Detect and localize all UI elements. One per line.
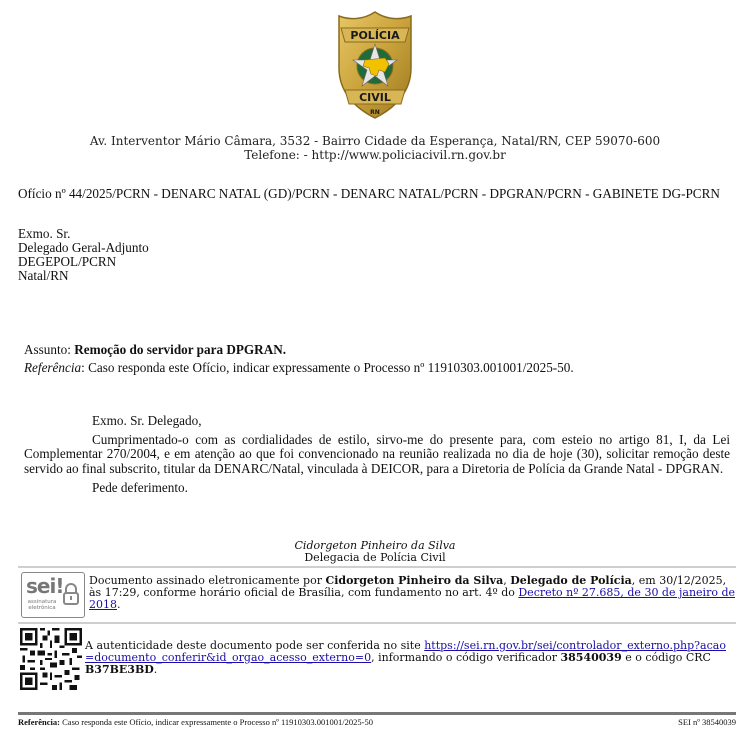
divider xyxy=(18,566,736,568)
signature-block: Cidorgeton Pinheiro da Silva Delegacia d… xyxy=(0,540,750,564)
divider xyxy=(18,622,736,624)
footer-reference-label: Referência: xyxy=(18,717,60,727)
closing: Pede deferimento. xyxy=(24,481,730,495)
oficio-number: Ofício nº 44/2025/PCRN - DENARC NATAL (G… xyxy=(18,187,738,201)
recipient-line: DEGEPOL/PCRN xyxy=(18,255,149,269)
reference-text: : Caso responda este Ofício, indicar exp… xyxy=(81,360,574,375)
institution-address: Av. Interventor Mário Câmara, 3532 - Bai… xyxy=(0,134,750,162)
subject-label: Assunto: xyxy=(24,342,71,357)
auth-text-end: . xyxy=(154,663,158,676)
sei-logo: sei! xyxy=(26,574,63,598)
signature-text-end: . xyxy=(117,598,121,611)
subject-value: Remoção do servidor para DPGRAN. xyxy=(74,342,286,357)
policia-civil-badge-logo: POLÍCIA CIVIL RN xyxy=(335,8,415,120)
salutation: Exmo. Sr. Delegado, xyxy=(24,414,730,428)
seal-caption: eletrônica xyxy=(26,605,58,611)
recipient-line: Delegado Geral-Adjunto xyxy=(18,241,149,255)
sei-number: SEI nº 38540039 xyxy=(678,717,736,727)
body-paragraph: Cumprimentado-o com as cordialidades de … xyxy=(24,433,730,476)
subject-block: Assunto: Remoção do servidor para DPGRAN… xyxy=(24,341,574,377)
svg-text:RN: RN xyxy=(370,109,380,116)
auth-text-mid: , informando o código verificador xyxy=(371,651,560,664)
signer-unit: Delegacia de Polícia Civil xyxy=(0,552,750,564)
lock-icon xyxy=(62,583,80,605)
page-footer: Referência: Caso responda este Ofício, i… xyxy=(18,717,736,727)
sei-signature-seal: sei! assinatura eletrônica xyxy=(21,572,85,618)
footer-reference-text: Caso responda este Ofício, indicar expre… xyxy=(60,717,373,727)
recipient-block: Exmo. Sr. Delegado Geral-Adjunto DEGEPOL… xyxy=(18,227,149,283)
reference-label: Referência xyxy=(24,360,81,375)
electronic-signature-text: Documento assinado eletronicamente por C… xyxy=(89,575,737,611)
verifier-code: 38540039 xyxy=(561,651,622,664)
auth-text-mid2: e o código CRC xyxy=(622,651,711,664)
letter-body: Exmo. Sr. Delegado, Cumprimentado-o com … xyxy=(24,414,730,500)
recipient-line: Exmo. Sr. xyxy=(18,227,149,241)
svg-text:POLÍCIA: POLÍCIA xyxy=(350,29,400,42)
qr-code-icon xyxy=(20,628,82,690)
phone-website-line: Telefone: - http://www.policiacivil.rn.g… xyxy=(0,148,750,162)
address-line: Av. Interventor Mário Câmara, 3532 - Bai… xyxy=(0,134,750,148)
crc-code: B37BE3BD xyxy=(85,663,154,676)
recipient-line: Natal/RN xyxy=(18,269,149,283)
svg-text:CIVIL: CIVIL xyxy=(359,91,391,104)
authenticity-text: A autenticidade deste documento pode ser… xyxy=(85,640,735,676)
footer-divider xyxy=(18,712,736,715)
